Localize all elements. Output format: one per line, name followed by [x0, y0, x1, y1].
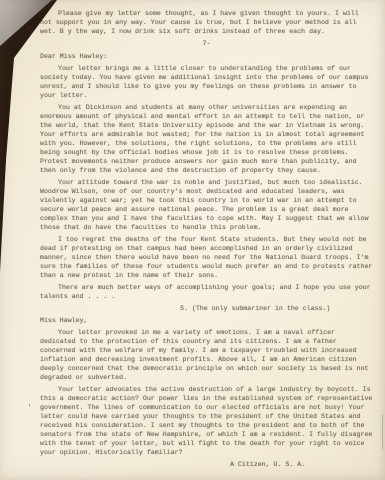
- letter-one-paragraph-3: Your attitude toward the war is noble an…: [40, 178, 373, 232]
- scanned-letter-page: Please give my letter some thought, as I…: [0, 0, 385, 480]
- previous-letter-closing-paragraph: Please give my letter some thought, as I…: [40, 9, 373, 36]
- salutation-miss-hawley: Miss Hawley,: [40, 316, 373, 325]
- scan-edge-artifact: [382, 415, 383, 449]
- page-number: 7-: [40, 39, 373, 48]
- pencil-margin-mark: ': [27, 404, 32, 413]
- letter-one-paragraph-5: There are much better ways of accomplish…: [40, 283, 373, 301]
- letter-one-paragraph-2: You at Dickinson and students at many ot…: [40, 103, 373, 175]
- signature-citizen-usa: A Citizen, U. S. A.: [230, 460, 373, 469]
- salutation-dear-miss-hawley: Dear Miss Hawley:: [40, 52, 373, 61]
- letter-one-paragraph-1: Your letter brings me a little closer to…: [40, 64, 373, 100]
- letter-two-paragraph-1: Your letter provoked in me a variety of …: [40, 328, 373, 382]
- typewritten-text-block: Please give my letter some thought, as I…: [40, 9, 373, 472]
- letter-paper: Please give my letter some thought, as I…: [0, 0, 385, 480]
- letter-two-paragraph-2: Your letter advocates the active destruc…: [40, 385, 373, 457]
- letter-one-paragraph-4: I too regret the deaths of the four Kent…: [40, 235, 373, 280]
- signature-submariner: S. (The only submariner in the class.): [180, 304, 373, 313]
